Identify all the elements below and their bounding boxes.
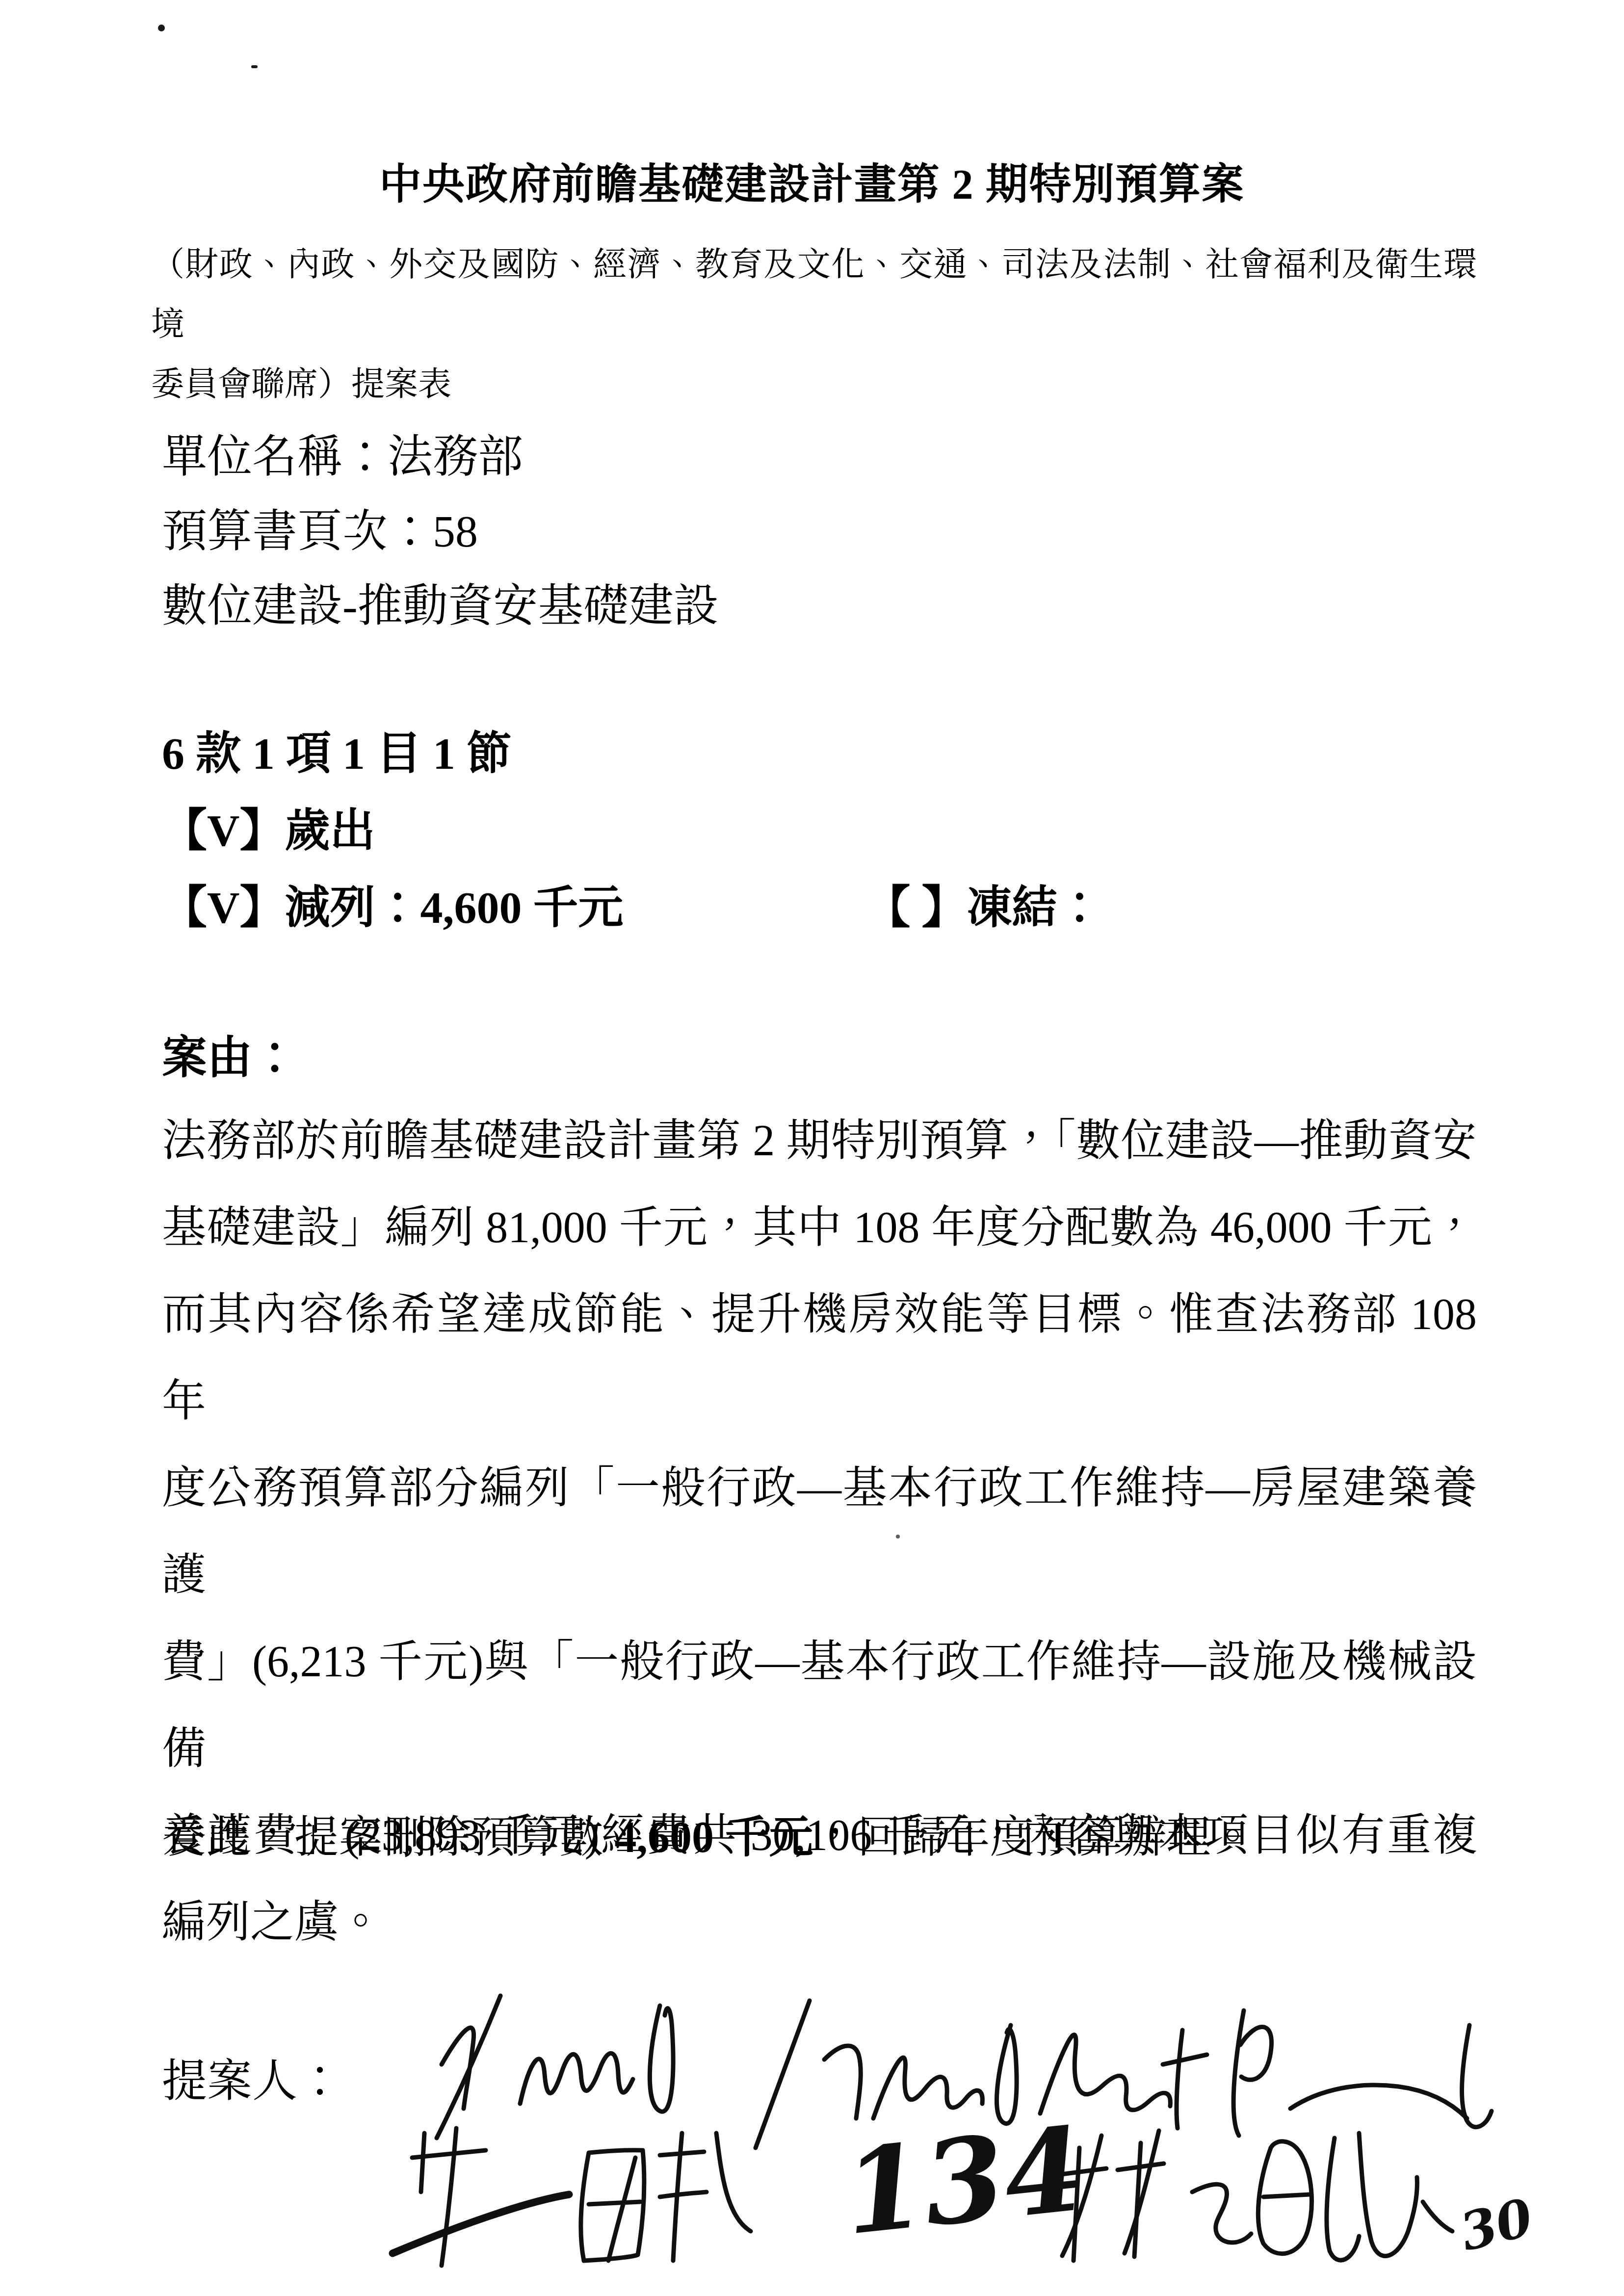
case-body-line: 法務部於前瞻基礎建設計畫第 2 期特別預算，「數位建設—推動資安 bbox=[162, 1097, 1477, 1184]
conclusion-line: 爰此，提案刪除預算數 4,600 千元，回歸年度預算辦理。 bbox=[162, 1813, 1255, 1862]
signature-scribble-lower-left bbox=[393, 2128, 751, 2266]
handwritten-number-30: 30 bbox=[1454, 2187, 1539, 2263]
document-title: 中央政府前瞻基礎建設計畫第 2 期特別預算案 bbox=[0, 160, 1624, 209]
scan-speck bbox=[251, 65, 258, 68]
case-body-line: 編列之虞。 bbox=[162, 1879, 1477, 1966]
freeze-checkbox: 【 】凍結： bbox=[865, 883, 1102, 933]
project-name-line: 數位建設-推動資安基礎建設 bbox=[162, 569, 719, 643]
case-body-line: 基礎建設」編列 81,000 千元，其中 108 年度分配數為 46,000 千… bbox=[162, 1184, 1477, 1271]
case-body-line: 度公務預算部分編列「一般行政—基本行政工作維持—房屋建築養護 bbox=[162, 1445, 1477, 1618]
signature-scribble-left bbox=[437, 1996, 861, 2148]
case-heading: 案由： bbox=[162, 1033, 297, 1082]
signature-scribble-lower-right bbox=[1057, 2131, 1452, 2261]
motion-block: 6 款 1 項 1 目 1 節 【V】歲出 【V】減列：4,600 千元 【 】… bbox=[162, 715, 1102, 946]
conclusion-amount: 4,600 千元 bbox=[615, 1813, 813, 1862]
handwritten-number-134: 134 bbox=[838, 2101, 1091, 2261]
reduction-freeze-line: 【V】減列：4,600 千元 【 】凍結： bbox=[162, 869, 1102, 946]
scan-speck bbox=[158, 25, 165, 31]
document-page: 中央政府前瞻基礎建設計畫第 2 期特別預算案 （財政、內政、外交及國防、經濟、教… bbox=[0, 0, 1624, 2296]
unit-name-line: 單位名稱：法務部 bbox=[162, 419, 719, 494]
budget-section-code: 6 款 1 項 1 目 1 節 bbox=[162, 715, 1102, 792]
expenditure-checkbox-line: 【V】歲出 bbox=[162, 792, 1102, 869]
subtitle-line-1: （財政、內政、外交及國防、經濟、教育及文化、交通、司法及法制、社會福利及衛生環境 bbox=[151, 235, 1477, 354]
case-body-line: 費」(6,213 千元)與「一般行政—基本行政工作維持—設施及機械設備 bbox=[162, 1618, 1477, 1792]
reduction-checkbox: 【V】減列：4,600 千元 bbox=[162, 883, 623, 933]
case-body-line: 而其內容係希望達成節能、提升機房效能等目標。惟查法務部 108 年 bbox=[162, 1271, 1477, 1445]
conclusion-suffix: ，回歸年度預算辦理。 bbox=[813, 1813, 1255, 1862]
budget-page-line: 預算書頁次：58 bbox=[162, 494, 719, 569]
document-subtitle: （財政、內政、外交及國防、經濟、教育及文化、交通、司法及法制、社會福利及衛生環境… bbox=[151, 235, 1477, 414]
subtitle-line-2: 委員會聯席）提案表 bbox=[151, 354, 1477, 414]
info-block: 單位名稱：法務部 預算書頁次：58 數位建設-推動資安基礎建設 bbox=[162, 419, 719, 643]
signatures-handwriting: 134 30 bbox=[294, 1986, 1570, 2290]
conclusion-prefix: 爰此，提案刪除預算數 bbox=[162, 1813, 615, 1862]
